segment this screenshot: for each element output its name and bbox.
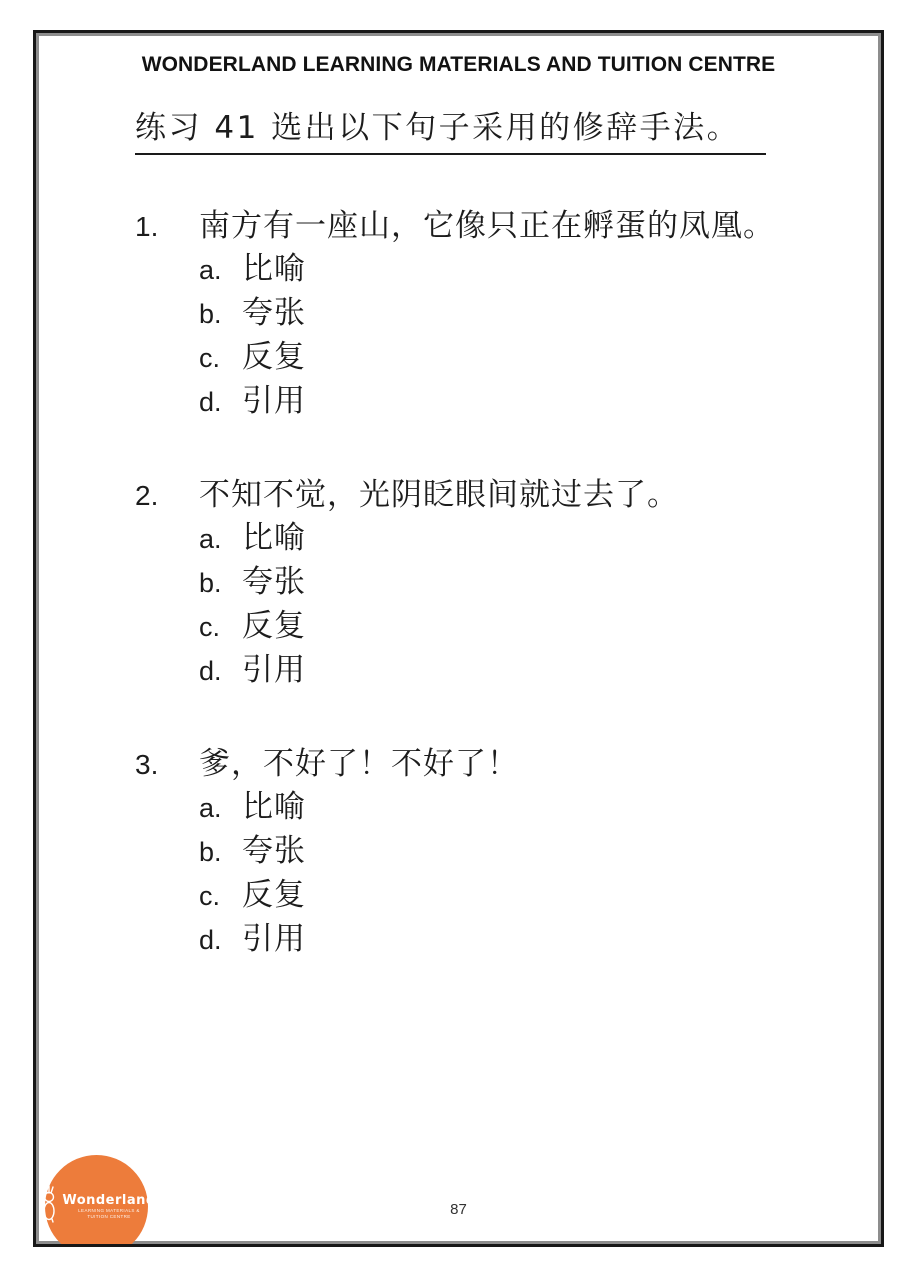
option-letter: c. (199, 606, 242, 649)
question-number: 3. (135, 743, 199, 786)
question-1: 1. 南方有一座山，它像只正在孵蛋的凤凰。 a. 比喻 b. 夸张 c. 反复 … (135, 205, 851, 424)
option-label: 引用 (242, 649, 306, 692)
question-2: 2. 不知不觉，光阴眨眼间就过去了。 a. 比喻 b. 夸张 c. 反复 d. … (135, 474, 851, 693)
option-label: 反复 (242, 336, 306, 379)
question-2-option-a: a. 比喻 (199, 517, 851, 561)
question-3-option-d: d. 引用 (199, 918, 851, 962)
option-label: 比喻 (242, 517, 306, 560)
option-label: 夸张 (242, 292, 306, 335)
question-text: 爹，不好了！不好了！ (199, 743, 519, 786)
question-2-sentence-row: 2. 不知不觉，光阴眨眼间就过去了。 (135, 474, 851, 517)
option-letter: b. (199, 293, 242, 336)
option-label: 反复 (242, 605, 306, 648)
option-label: 夸张 (242, 561, 306, 604)
option-letter: d. (199, 650, 242, 693)
question-1-sentence-row: 1. 南方有一座山，它像只正在孵蛋的凤凰。 (135, 205, 851, 248)
question-number: 2. (135, 474, 199, 517)
option-letter: a. (199, 518, 242, 561)
page-number: 87 (36, 1201, 881, 1218)
option-letter: d. (199, 919, 242, 962)
question-1-option-d: d. 引用 (199, 380, 851, 424)
option-letter: d. (199, 381, 242, 424)
option-letter: b. (199, 831, 242, 874)
question-2-option-d: d. 引用 (199, 649, 851, 693)
question-text: 不知不觉，光阴眨眼间就过去了。 (199, 474, 679, 517)
option-letter: a. (199, 787, 242, 830)
question-1-option-b: b. 夸张 (199, 292, 851, 336)
option-label: 引用 (242, 918, 306, 961)
option-label: 反复 (242, 874, 306, 917)
worksheet-content: 练习 41 选出以下句子采用的修辞手法。 1. 南方有一座山，它像只正在孵蛋的凤… (135, 102, 851, 962)
option-letter: c. (199, 875, 242, 918)
worksheet-page: WONDERLAND LEARNING MATERIALS AND TUITIO… (33, 30, 884, 1247)
exercise-title-row: 练习 41 选出以下句子采用的修辞手法。 (135, 102, 851, 155)
question-3-option-a: a. 比喻 (199, 786, 851, 830)
question-2-option-b: b. 夸张 (199, 561, 851, 605)
question-text: 南方有一座山，它像只正在孵蛋的凤凰。 (199, 205, 775, 248)
option-label: 比喻 (242, 248, 306, 291)
option-label: 比喻 (242, 786, 306, 829)
option-letter: a. (199, 249, 242, 292)
question-3-option-c: c. 反复 (199, 874, 851, 918)
question-number: 1. (135, 205, 199, 248)
option-letter: c. (199, 337, 242, 380)
question-2-option-c: c. 反复 (199, 605, 851, 649)
exercise-title: 练习 41 选出以下句子采用的修辞手法。 (135, 102, 766, 155)
option-letter: b. (199, 562, 242, 605)
centre-name-header: WONDERLAND LEARNING MATERIALS AND TUITIO… (36, 53, 881, 77)
question-1-option-c: c. 反复 (199, 336, 851, 380)
question-1-option-a: a. 比喻 (199, 248, 851, 292)
question-3-sentence-row: 3. 爹，不好了！不好了！ (135, 743, 851, 786)
question-3: 3. 爹，不好了！不好了！ a. 比喻 b. 夸张 c. 反复 d. 引用 (135, 743, 851, 962)
option-label: 夸张 (242, 830, 306, 873)
option-label: 引用 (242, 380, 306, 423)
question-3-option-b: b. 夸张 (199, 830, 851, 874)
